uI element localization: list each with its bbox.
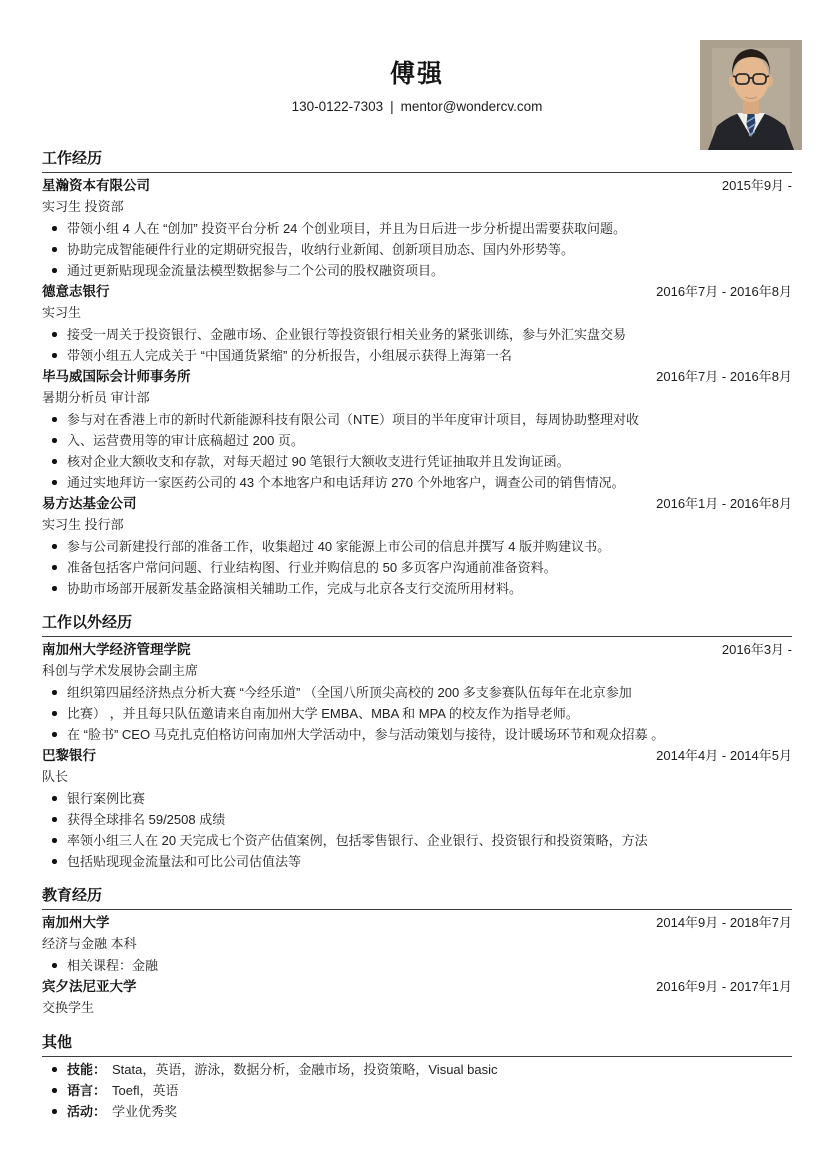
entry-header-row: 南加州大学经济管理学院2016年3月 - (42, 641, 792, 659)
date-range: 2015年9月 - (722, 177, 792, 195)
resume-entry: 技能：Stata，英语，游泳，数据分析，金融市场，投资策略，Visual bas… (42, 1061, 792, 1120)
resume-section: 工作以外经历南加州大学经济管理学院2016年3月 -科创与学术发展协会副主席组织… (42, 611, 792, 870)
date-range: 2016年7月 - 2016年8月 (656, 368, 792, 386)
portrait-illustration (700, 40, 802, 150)
role-title: 实习生 投资部 (42, 198, 792, 216)
candidate-name: 傅强 (42, 54, 792, 90)
role-title: 经济与金融 本科 (42, 935, 792, 953)
date-range: 2016年3月 - (722, 641, 792, 659)
bullet-item: 带领小组 4 人在 “创加” 投资平台分析 24 个创业项目，并且为日后进一步分… (50, 220, 792, 237)
entry-header-row: 南加州大学2014年9月 - 2018年7月 (42, 914, 792, 932)
bullet-text: Stata，英语，游泳，数据分析，金融市场，投资策略，Visual basic (112, 1062, 498, 1077)
resume-entry: 德意志银行2016年7月 - 2016年8月实习生接受一周关于投资银行、金融市场… (42, 283, 792, 364)
bullet-label: 活动： (67, 1104, 106, 1119)
bullet-text: 学业优秀奖 (112, 1104, 177, 1119)
resume-section: 教育经历南加州大学2014年9月 - 2018年7月经济与金融 本科相关课程：金… (42, 884, 792, 1017)
role-title: 队长 (42, 768, 792, 786)
organization-name: 星瀚资本有限公司 (42, 177, 150, 195)
bullet-item: 接受一周关于投资银行、金融市场、企业银行等投资银行相关业务的紧张训练，参与外汇实… (50, 326, 792, 343)
organization-name: 毕马威国际会计师事务所 (42, 368, 191, 386)
section-title: 其他 (42, 1031, 792, 1057)
organization-name: 易方达基金公司 (42, 495, 137, 513)
resume-entry: 星瀚资本有限公司2015年9月 -实习生 投资部带领小组 4 人在 “创加” 投… (42, 177, 792, 279)
contact-separator: | (390, 99, 394, 114)
role-title: 实习生 (42, 304, 792, 322)
email-address: mentor@wondercv.com (401, 99, 543, 114)
resume-header: 傅强 130-0122-7303|mentor@wondercv.com (42, 0, 792, 114)
bullet-item: 通过更新贴现现金流量法模型数据参与二个公司的股权融资项目。 (50, 262, 792, 279)
bullet-list: 接受一周关于投资银行、金融市场、企业银行等投资银行相关业务的紧张训练，参与外汇实… (42, 326, 792, 364)
resume-page: 傅强 130-0122-7303|mentor@wondercv.com 工作经… (0, 0, 826, 1169)
bullet-item: 活动：学业优秀奖 (50, 1103, 792, 1120)
section-title: 教育经历 (42, 884, 792, 910)
bullet-item: 参与对在香港上市的新时代新能源科技有限公司（NTE）项目的半年度审计项目，每周协… (50, 411, 792, 428)
bullet-item: 在 “脸书” CEO 马克扎克伯格访问南加州大学活动中，参与活动策划与接待，设计… (50, 726, 792, 743)
bullet-text: Toefl，英语 (112, 1083, 178, 1098)
bullet-item: 带领小组五人完成关于 “中国通货紧缩” 的分析报告，小组展示获得上海第一名 (50, 347, 792, 364)
organization-name: 南加州大学经济管理学院 (42, 641, 191, 659)
organization-name: 宾夕法尼亚大学 (42, 978, 137, 996)
entry-header-row: 德意志银行2016年7月 - 2016年8月 (42, 283, 792, 301)
section-title: 工作以外经历 (42, 611, 792, 637)
bullet-item: 包括贴现现金流量法和可比公司估值法等 (50, 853, 792, 870)
bullet-item: 比赛） ，并且每只队伍邀请来自南加州大学 EMBA、MBA 和 MPA 的校友作… (50, 705, 792, 722)
bullet-list: 技能：Stata，英语，游泳，数据分析，金融市场，投资策略，Visual bas… (42, 1061, 792, 1120)
bullet-list: 相关课程：金融 (42, 957, 792, 974)
bullet-list: 参与公司新建投行部的准备工作，收集超过 40 家能源上市公司的信息并撰写 4 版… (42, 538, 792, 597)
bullet-item: 协助市场部开展新发基金路演相关辅助工作，完成与北京各支行交流所用材料。 (50, 580, 792, 597)
bullet-item: 准备包括客户常问问题、行业结构图、行业并购信息的 50 多页客户沟通前准备资料。 (50, 559, 792, 576)
bullet-item: 获得全球排名 59/2508 成绩 (50, 811, 792, 828)
date-range: 2014年4月 - 2014年5月 (656, 747, 792, 765)
face (733, 56, 769, 102)
role-title: 科创与学术发展协会副主席 (42, 662, 792, 680)
resume-sections: 工作经历星瀚资本有限公司2015年9月 -实习生 投资部带领小组 4 人在 “创… (42, 147, 792, 1120)
resume-entry: 宾夕法尼亚大学2016年9月 - 2017年1月交换学生 (42, 978, 792, 1017)
resume-entry: 南加州大学经济管理学院2016年3月 -科创与学术发展协会副主席组织第四届经济热… (42, 641, 792, 743)
phone-number: 130-0122-7303 (292, 99, 384, 114)
bullet-item: 率领小组三人在 20 天完成七个资产估值案例，包括零售银行、企业银行、投资银行和… (50, 832, 792, 849)
bullet-list: 带领小组 4 人在 “创加” 投资平台分析 24 个创业项目，并且为日后进一步分… (42, 220, 792, 279)
date-range: 2016年1月 - 2016年8月 (656, 495, 792, 513)
entry-header-row: 宾夕法尼亚大学2016年9月 - 2017年1月 (42, 978, 792, 996)
resume-section: 工作经历星瀚资本有限公司2015年9月 -实习生 投资部带领小组 4 人在 “创… (42, 147, 792, 597)
entry-header-row: 毕马威国际会计师事务所2016年7月 - 2016年8月 (42, 368, 792, 386)
bullet-item: 银行案例比赛 (50, 790, 792, 807)
contact-info: 130-0122-7303|mentor@wondercv.com (42, 99, 792, 114)
bullet-item: 技能：Stata，英语，游泳，数据分析，金融市场，投资策略，Visual bas… (50, 1061, 792, 1078)
resume-entry: 毕马威国际会计师事务所2016年7月 - 2016年8月暑期分析员 审计部参与对… (42, 368, 792, 491)
resume-section: 其他技能：Stata，英语，游泳，数据分析，金融市场，投资策略，Visual b… (42, 1031, 792, 1120)
bullet-item: 参与公司新建投行部的准备工作，收集超过 40 家能源上市公司的信息并撰写 4 版… (50, 538, 792, 555)
organization-name: 德意志银行 (42, 283, 110, 301)
role-title: 交换学生 (42, 999, 792, 1017)
bullet-list: 组织第四届经济热点分析大赛 “今经乐道” （全国八所顶尖高校的 200 多支参赛… (42, 684, 792, 743)
entry-header-row: 巴黎银行2014年4月 - 2014年5月 (42, 747, 792, 765)
bullet-item: 组织第四届经济热点分析大赛 “今经乐道” （全国八所顶尖高校的 200 多支参赛… (50, 684, 792, 701)
bullet-list: 参与对在香港上市的新时代新能源科技有限公司（NTE）项目的半年度审计项目，每周协… (42, 411, 792, 491)
role-title: 暑期分析员 审计部 (42, 389, 792, 407)
resume-entry: 巴黎银行2014年4月 - 2014年5月队长银行案例比赛获得全球排名 59/2… (42, 747, 792, 870)
entry-header-row: 易方达基金公司2016年1月 - 2016年8月 (42, 495, 792, 513)
date-range: 2016年9月 - 2017年1月 (656, 978, 792, 996)
bullet-item: 入、运营费用等的审计底稿超过 200 页。 (50, 432, 792, 449)
section-title: 工作经历 (42, 147, 792, 173)
bullet-label: 语言： (67, 1083, 106, 1098)
bullet-item: 协助完成智能硬件行业的定期研究报告，收纳行业新闻、创新项目劢态、国内外形势等。 (50, 241, 792, 258)
organization-name: 巴黎银行 (42, 747, 96, 765)
role-title: 实习生 投行部 (42, 516, 792, 534)
bullet-list: 银行案例比赛获得全球排名 59/2508 成绩率领小组三人在 20 天完成七个资… (42, 790, 792, 870)
date-range: 2016年7月 - 2016年8月 (656, 283, 792, 301)
bullet-item: 通过实地拜访一家医药公司的 43 个本地客户和电话拜访 270 个外地客户，调查… (50, 474, 792, 491)
profile-photo (700, 40, 802, 150)
resume-entry: 南加州大学2014年9月 - 2018年7月经济与金融 本科相关课程：金融 (42, 914, 792, 974)
bullet-label: 技能： (67, 1062, 106, 1077)
resume-entry: 易方达基金公司2016年1月 - 2016年8月实习生 投行部参与公司新建投行部… (42, 495, 792, 597)
bullet-item: 相关课程：金融 (50, 957, 792, 974)
entry-header-row: 星瀚资本有限公司2015年9月 - (42, 177, 792, 195)
bullet-item: 语言：Toefl，英语 (50, 1082, 792, 1099)
bullet-item: 核对企业大额收支和存款，对每天超过 90 笔银行大额收支进行凭证抽取并且发询证函… (50, 453, 792, 470)
organization-name: 南加州大学 (42, 914, 110, 932)
date-range: 2014年9月 - 2018年7月 (656, 914, 792, 932)
